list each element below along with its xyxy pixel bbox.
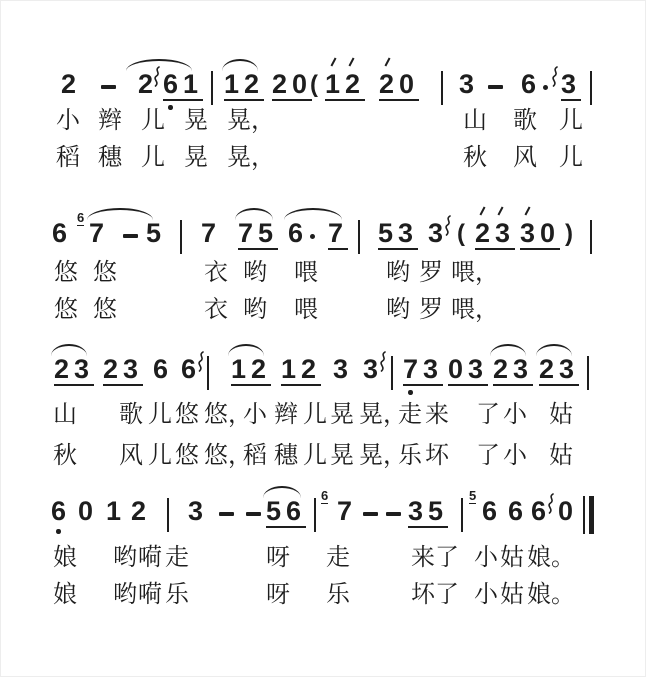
duration-dash	[123, 234, 138, 238]
note-group: 35	[408, 498, 448, 528]
lyric-syllable: 了	[476, 401, 500, 427]
barline	[358, 220, 360, 254]
lyric-syllable: 娘	[53, 544, 77, 570]
lyric-syllable: 辫	[274, 401, 298, 427]
barline	[590, 220, 592, 254]
note-group: 61	[163, 71, 203, 101]
lyric-syllable: 哟	[386, 259, 410, 285]
barline	[211, 71, 213, 105]
lyric-syllable: 嗬	[138, 581, 162, 607]
lyric-syllable: 穗	[274, 442, 298, 468]
lyric-syllable: 山	[463, 107, 487, 133]
note-group: 0	[558, 498, 578, 525]
accent-tick-icon	[525, 207, 531, 216]
lyric-syllable: 歌	[513, 107, 537, 133]
note-group: 12	[231, 356, 271, 386]
note-group: 23	[54, 356, 94, 386]
lyric-syllable: 嗬	[138, 544, 162, 570]
lyric-syllable: 哟	[243, 259, 267, 285]
lyric-syllable: 了	[435, 581, 459, 607]
duration-dash	[488, 85, 503, 89]
lyric-syllable: 悠	[54, 259, 78, 285]
sheet-music-page: 22611220(1220363小辫儿晃晃，山歌儿稻穗儿晃晃，秋风儿667577…	[0, 0, 646, 677]
lyric-syllable: 姑	[549, 401, 573, 427]
note-group: 23	[103, 356, 143, 386]
accent-tick-icon	[331, 58, 337, 67]
note-group: 0	[78, 498, 98, 525]
duration-dash	[363, 512, 378, 516]
note-group: 75	[238, 220, 278, 250]
note-group: 30	[520, 220, 560, 250]
accent-tick-icon	[480, 207, 486, 216]
final-barline-thin	[583, 496, 585, 534]
lyric-syllable: 儿	[141, 144, 165, 170]
lyric-syllable: 走	[398, 401, 422, 427]
octave-dot	[168, 105, 173, 110]
note-group: 3	[188, 498, 208, 525]
lyric-syllable: 娘	[53, 581, 77, 607]
note-group: 23	[539, 356, 579, 386]
barline	[590, 71, 592, 105]
lyric-syllable: 穗	[98, 144, 122, 170]
lyric-syllable: 哟	[113, 544, 137, 570]
parenthesis: (	[310, 72, 318, 98]
lyric-syllable: 儿	[559, 144, 583, 170]
note-group: 6	[288, 220, 308, 247]
lyric-syllable: 儿	[303, 442, 327, 468]
lyric-syllable: 风	[119, 442, 143, 468]
lyric-syllable: 儿	[559, 107, 583, 133]
lyric-syllable: 娘。	[527, 581, 575, 607]
grace-note: 6	[321, 489, 328, 504]
lyric-syllable: 呀	[266, 581, 290, 607]
lyric-syllable: 悠	[54, 296, 78, 322]
note-group: 6	[521, 71, 541, 98]
lyric-syllable: 儿	[148, 401, 172, 427]
lyric-syllable: 晃，	[227, 144, 275, 170]
lyric-syllable: 喂	[294, 259, 318, 285]
note-group: 7	[89, 220, 109, 247]
lyric-syllable: 喂	[294, 296, 318, 322]
barline	[391, 356, 393, 390]
lyric-syllable: 儿	[141, 107, 165, 133]
lyric-syllable: 悠	[93, 296, 117, 322]
lyric-syllable: 晃	[184, 144, 208, 170]
lyric-syllable: 哟	[386, 296, 410, 322]
lyric-syllable: 小	[474, 581, 498, 607]
portamento-wavy-icon	[378, 351, 388, 373]
dotted-note-dot	[310, 234, 315, 239]
note-group: 2	[61, 71, 81, 98]
note-group: 7	[328, 220, 348, 250]
portamento-wavy-icon	[546, 493, 556, 515]
score-canvas: 22611220(1220363小辫儿晃晃，山歌儿稻穗儿晃晃，秋风儿667577…	[1, 1, 645, 676]
lyric-syllable: 歌	[119, 401, 143, 427]
barline	[180, 220, 182, 254]
lyric-syllable: 乐	[326, 581, 350, 607]
barline	[167, 498, 169, 532]
lyric-syllable: 辫	[98, 107, 122, 133]
note-group: 5	[146, 220, 166, 247]
lyric-syllable: 走	[326, 544, 350, 570]
note-group: 12	[281, 356, 321, 386]
note-group: 7	[337, 498, 357, 525]
note-group: 73	[403, 356, 443, 386]
lyric-syllable: 秋	[463, 144, 487, 170]
accent-tick-icon	[349, 58, 355, 67]
lyric-syllable: 悠	[175, 442, 199, 468]
note-group: 20	[379, 71, 419, 101]
accent-tick-icon	[498, 207, 504, 216]
duration-dash	[101, 85, 116, 89]
accent-tick-icon	[385, 58, 391, 67]
note-group: 23	[475, 220, 515, 250]
lyric-syllable: 稻	[243, 442, 267, 468]
lyric-syllable: 坏	[411, 581, 435, 607]
lyric-syllable: 晃	[330, 442, 354, 468]
portamento-wavy-icon	[443, 215, 453, 237]
lyric-syllable: 晃	[330, 401, 354, 427]
lyric-syllable: 悠	[175, 401, 199, 427]
lyric-syllable: 哟	[243, 296, 267, 322]
note-group: 12	[325, 71, 365, 101]
note-group: 3	[561, 71, 581, 101]
lyric-syllable: 秋	[53, 442, 77, 468]
barline	[314, 498, 316, 532]
lyric-syllable: 走	[165, 544, 189, 570]
octave-dot	[408, 390, 413, 395]
note-group: 3	[459, 71, 479, 98]
lyric-syllable: 儿	[148, 442, 172, 468]
lyric-syllable: 来	[411, 544, 435, 570]
note-group: 2	[131, 498, 151, 525]
lyric-syllable: 喂，	[451, 259, 499, 285]
lyric-syllable: 衣	[204, 296, 228, 322]
lyric-syllable: 晃	[184, 107, 208, 133]
lyric-syllable: 了	[435, 544, 459, 570]
lyric-syllable: 罗	[419, 296, 443, 322]
note-group: 6	[153, 356, 173, 383]
duration-dash	[219, 512, 234, 516]
lyric-syllable: 喂，	[451, 296, 499, 322]
lyric-syllable: 小	[503, 401, 527, 427]
lyric-syllable: 姑	[549, 442, 573, 468]
lyric-syllable: 风	[513, 144, 537, 170]
note-group: 3	[333, 356, 353, 383]
lyric-syllable: 儿	[303, 401, 327, 427]
note-group: 6	[482, 498, 502, 525]
note-group: 12	[224, 71, 264, 101]
lyric-syllable: 晃，	[227, 107, 275, 133]
note-group: 6	[508, 498, 528, 525]
lyric-syllable: 罗	[419, 259, 443, 285]
lyric-syllable: 乐	[165, 581, 189, 607]
barline	[441, 71, 443, 105]
note-group: 23	[493, 356, 533, 386]
lyric-syllable: 悠	[93, 259, 117, 285]
portamento-wavy-icon	[550, 66, 560, 88]
note-group: 1	[106, 498, 126, 525]
note-group: 03	[448, 356, 488, 386]
dotted-note-dot	[543, 85, 548, 90]
parenthesis: )	[565, 221, 573, 247]
lyric-syllable: 哟	[113, 581, 137, 607]
note-group: 56	[266, 498, 306, 528]
note-group: 6	[52, 220, 72, 247]
barline	[587, 356, 589, 390]
note-group: 6	[51, 498, 71, 525]
lyric-syllable: 姑	[500, 544, 524, 570]
lyric-syllable: 稻	[56, 144, 80, 170]
lyric-syllable: 小	[243, 401, 267, 427]
lyric-syllable: 乐	[398, 442, 422, 468]
barline	[207, 356, 209, 390]
lyric-syllable: 娘。	[527, 544, 575, 570]
portamento-wavy-icon	[196, 351, 206, 373]
lyric-syllable: 山	[53, 401, 77, 427]
duration-dash	[386, 512, 401, 516]
parenthesis: (	[457, 221, 465, 247]
lyric-syllable: 呀	[266, 544, 290, 570]
duration-dash	[246, 512, 261, 516]
note-group: 7	[201, 220, 221, 247]
portamento-wavy-icon	[152, 66, 162, 88]
lyric-syllable: 小	[56, 107, 80, 133]
lyric-syllable: 小	[503, 442, 527, 468]
lyric-syllable: 了	[476, 442, 500, 468]
final-barline-thick	[589, 496, 594, 534]
lyric-syllable: 来	[425, 401, 449, 427]
lyric-syllable: 小	[474, 544, 498, 570]
lyric-syllable: 衣	[204, 259, 228, 285]
octave-dot	[56, 529, 61, 534]
grace-note: 5	[469, 489, 476, 504]
note-group: 53	[378, 220, 418, 250]
lyric-syllable: 坏	[425, 442, 449, 468]
barline	[461, 498, 463, 532]
grace-note: 6	[77, 211, 84, 226]
lyric-syllable: 姑	[500, 581, 524, 607]
note-group: 20	[272, 71, 312, 101]
